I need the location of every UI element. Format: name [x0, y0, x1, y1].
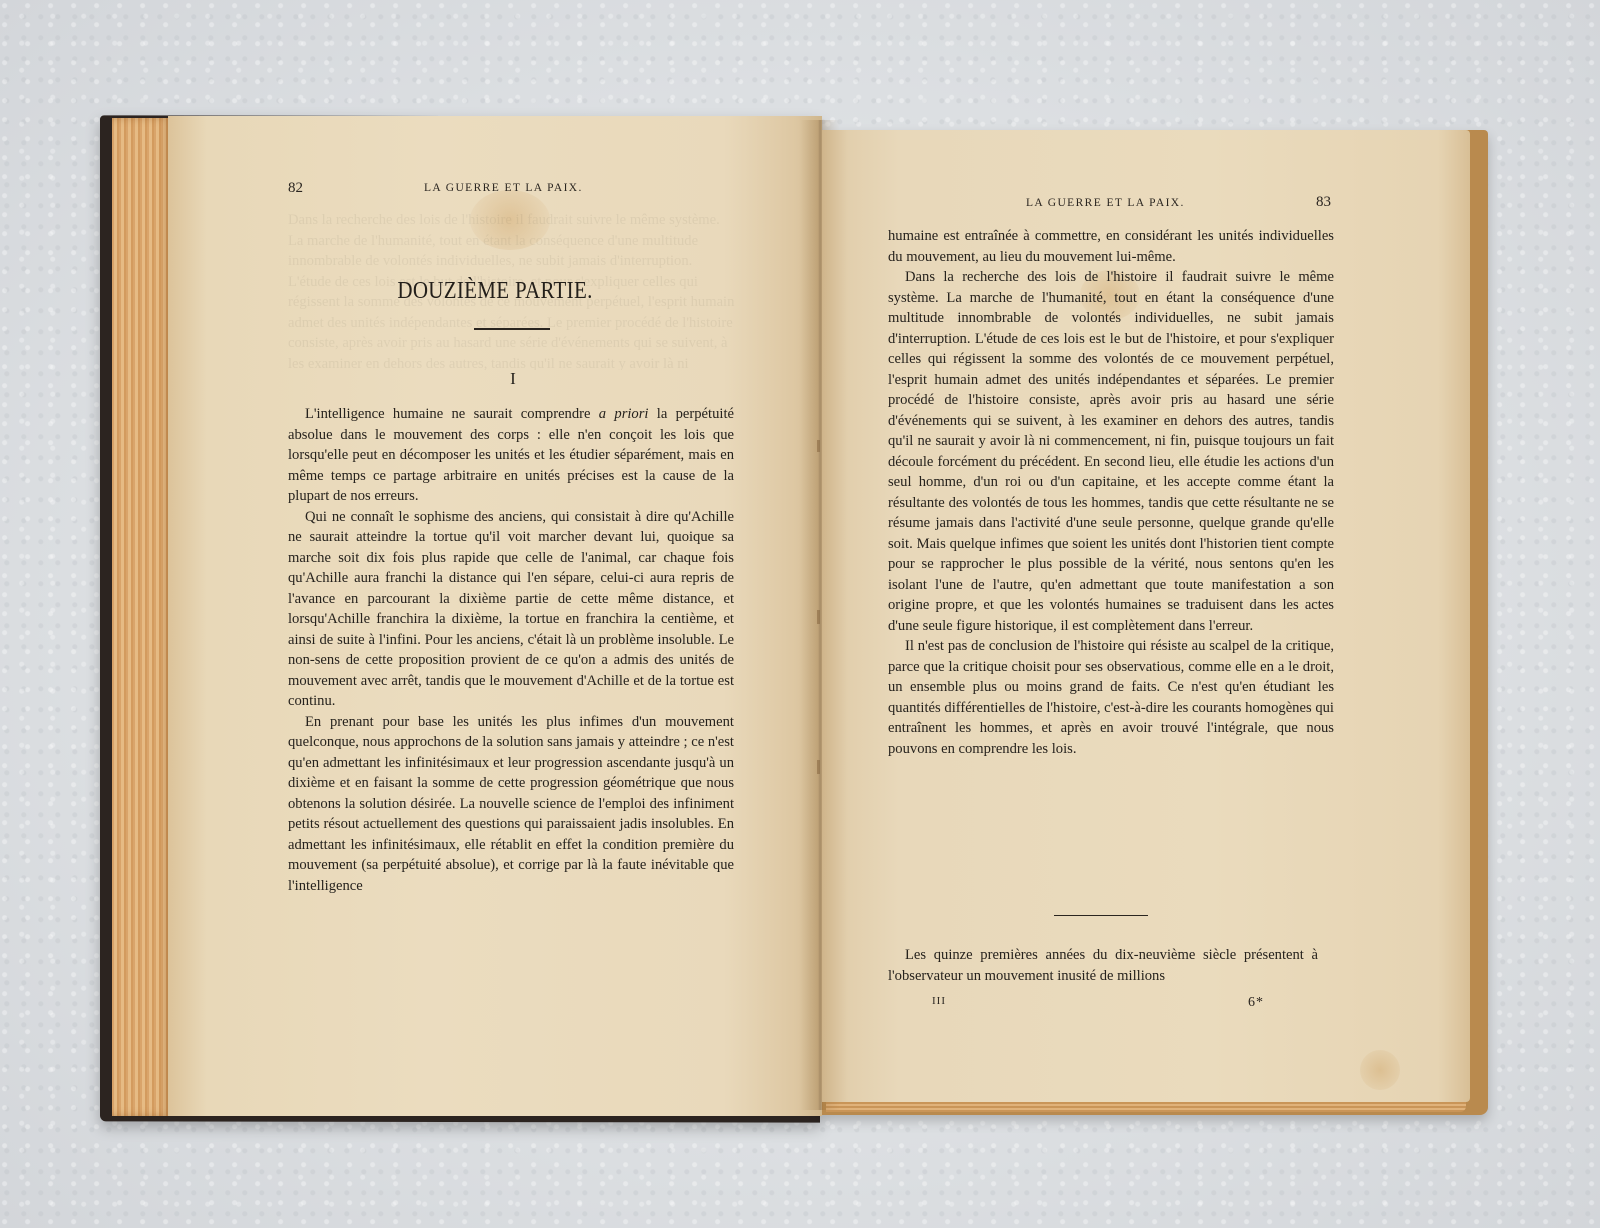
section-rule: [1054, 915, 1148, 916]
binding-stitch: [817, 440, 820, 452]
page-number-left: 82: [288, 180, 303, 197]
running-head-right: LA GUERRE ET LA PAIX.: [1026, 197, 1185, 209]
paper-stain: [1360, 1050, 1400, 1090]
binding-stitch: [817, 610, 820, 624]
paragraph: L'intelligence humaine ne saurait compre…: [288, 404, 734, 507]
chapter-number: I: [168, 369, 858, 389]
paragraph: En prenant pour base les unités les plus…: [288, 712, 734, 897]
right-page-body: humaine est entraînée à commettre, en co…: [888, 226, 1334, 759]
page-stack-edge-left: [112, 118, 172, 1116]
italic-term: a priori: [599, 406, 649, 422]
left-page-body: L'intelligence humaine ne saurait compre…: [288, 404, 734, 896]
right-page-new-section: Les quinze premières années du dix-neuvi…: [888, 945, 1318, 986]
paragraph: Dans la recherche des lois de l'histoire…: [888, 267, 1334, 636]
paragraph: Il n'est pas de conclusion de l'histoire…: [888, 636, 1334, 759]
paragraph: humaine est entraînée à commettre, en co…: [888, 226, 1334, 267]
title-rule: [474, 328, 550, 330]
paragraph: Qui ne connaît le sophisme des anciens, …: [288, 507, 734, 712]
paragraph-text: L'intelligence humaine ne saurait compre…: [305, 406, 599, 422]
signature-mark-left: III: [932, 995, 946, 1007]
page-number-right: 83: [1316, 194, 1331, 211]
part-title: DOUZIÈME PARTIE.: [168, 276, 822, 305]
paragraph: Les quinze premières années du dix-neuvi…: [888, 945, 1318, 986]
running-head-left: LA GUERRE ET LA PAIX.: [424, 182, 583, 194]
binding-stitch: [817, 760, 820, 774]
page-stack-edge-bottom: [826, 1102, 1466, 1112]
signature-mark-right: 6*: [1248, 995, 1264, 1011]
